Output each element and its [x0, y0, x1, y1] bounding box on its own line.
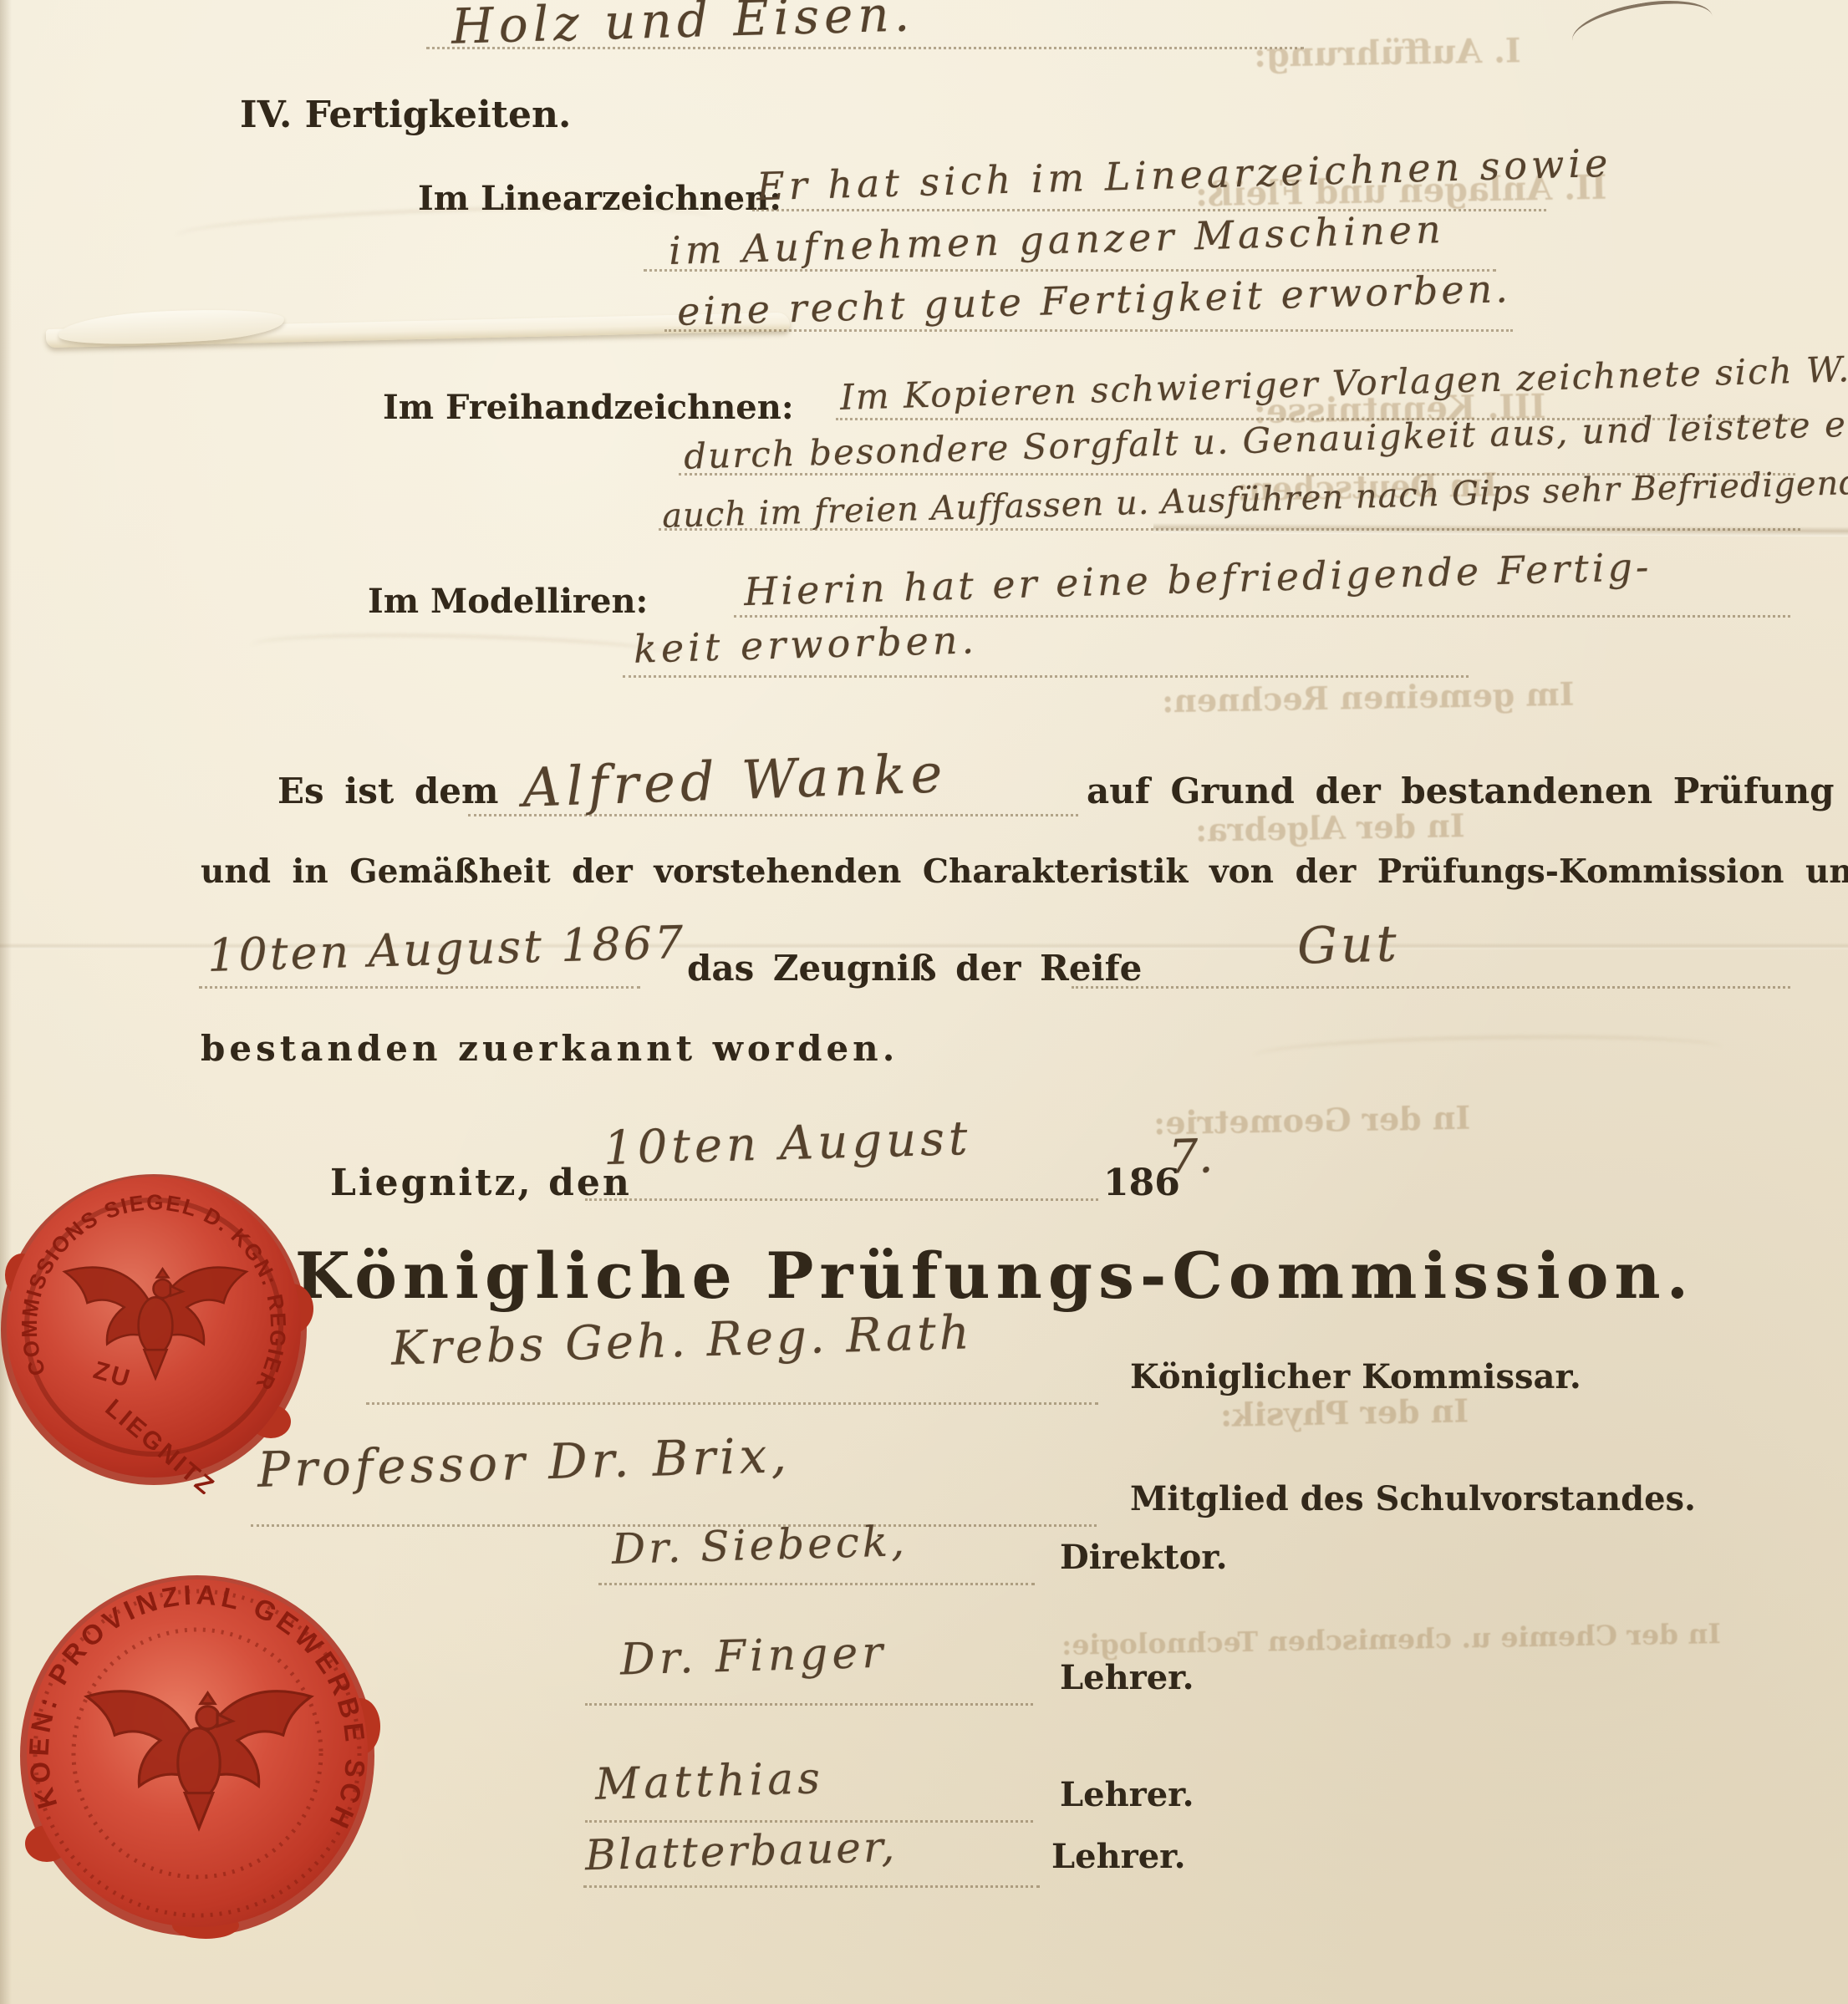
skill-line: keit erworben.	[633, 617, 978, 671]
grant-line2: und in Gemäßheit der vorstehenden Charak…	[201, 852, 1848, 891]
exam-date-handwritten: 10ten August 1867	[206, 916, 686, 982]
grade-handwritten: Gut	[1296, 914, 1401, 975]
commission-heading: Königliche Prüfungs-Commission.	[295, 1239, 1694, 1313]
dotted-line	[1072, 986, 1790, 989]
dotted-line	[585, 1703, 1033, 1706]
grant-line1-prefix: Es ist dem	[277, 771, 498, 811]
wax-seal-commission: COMMISSIONS SIEGEL D. KGN: REGIERUNG ZU …	[0, 1167, 318, 1494]
skill-label-freihandzeichnen: Im Freihandzeichnen:	[383, 388, 794, 427]
bleed-through-text: I. Aufführung:	[1254, 31, 1521, 75]
dotted-line	[366, 1402, 1098, 1405]
signature: Blatterbauer,	[584, 1823, 898, 1879]
signature-title: Königlicher Kommissar.	[1130, 1357, 1581, 1396]
dotted-line	[664, 329, 1513, 332]
dotted-line	[585, 1820, 1033, 1823]
signature: Matthias	[594, 1753, 824, 1810]
signature: Dr. Finger	[619, 1628, 888, 1686]
grant-line3-mid: das Zeugniß der Reife	[687, 948, 1142, 989]
ink-flourish	[1568, 0, 1717, 65]
skill-line: im Aufnehmen ganzer Maschinen	[668, 206, 1445, 273]
dotted-line	[199, 986, 640, 989]
skill-label-modelliren: Im Modelliren:	[368, 582, 648, 621]
signature: Dr. Siebeck,	[611, 1517, 908, 1574]
bleed-squiggle	[1254, 1032, 1723, 1071]
skill-line: Hierin hat er eine befriedigende Fertig-	[743, 544, 1652, 614]
dotted-line	[583, 1885, 1040, 1888]
signature: Professor Dr. Brix,	[257, 1427, 791, 1498]
certificate-page: I. Aufführung: II. Anlagen und Fleiß: II…	[0, 0, 1848, 2004]
bleed-through-text: Im gemeinen Rechnen:	[1162, 675, 1575, 720]
grant-line4: bestanden zuerkannt worden.	[201, 1028, 899, 1069]
dotted-line	[598, 1583, 1035, 1585]
signature-title: Lehrer.	[1051, 1837, 1186, 1876]
dotted-line	[659, 528, 1800, 531]
skill-label-linearzeichnen: Im Linearzeichnen:	[418, 179, 781, 218]
student-name: Alfred Wanke	[522, 743, 949, 820]
signature-title: Lehrer.	[1060, 1775, 1194, 1814]
dotted-line	[734, 615, 1790, 618]
wax-seal-gewerbeschule: KOEN: PROVINZIAL GEWERBE SCHULE	[13, 1568, 383, 1940]
left-edge-shadow	[0, 0, 12, 2004]
bleed-through-text: In der Physik:	[1220, 1391, 1469, 1433]
paper-tear-notch	[58, 305, 285, 348]
section-heading: IV. Fertigkeiten.	[240, 94, 571, 136]
signature: Krebs Geh. Reg. Rath	[390, 1305, 973, 1376]
dotted-line	[426, 47, 1304, 49]
skill-line: eine recht gute Fertigkeit erworben.	[676, 266, 1511, 334]
bleed-squiggle	[251, 629, 686, 674]
bleed-through-text: In der Algebra:	[1195, 806, 1465, 849]
signature-title: Mitglied des Schulvorstandes.	[1130, 1479, 1696, 1518]
signature-title: Direktor.	[1060, 1538, 1228, 1577]
grant-line1-suffix: auf Grund der bestandenen Prüfung	[1087, 771, 1834, 811]
year-handwritten: 7.	[1168, 1129, 1214, 1184]
dotted-line	[585, 1198, 1098, 1201]
signature-title: Lehrer.	[1060, 1658, 1194, 1697]
place-date-handwritten: 10ten August	[603, 1111, 972, 1176]
bleed-through-text: In der Chemie u. chemischen Technologie:	[1061, 1617, 1721, 1661]
dotted-line	[623, 675, 1469, 678]
